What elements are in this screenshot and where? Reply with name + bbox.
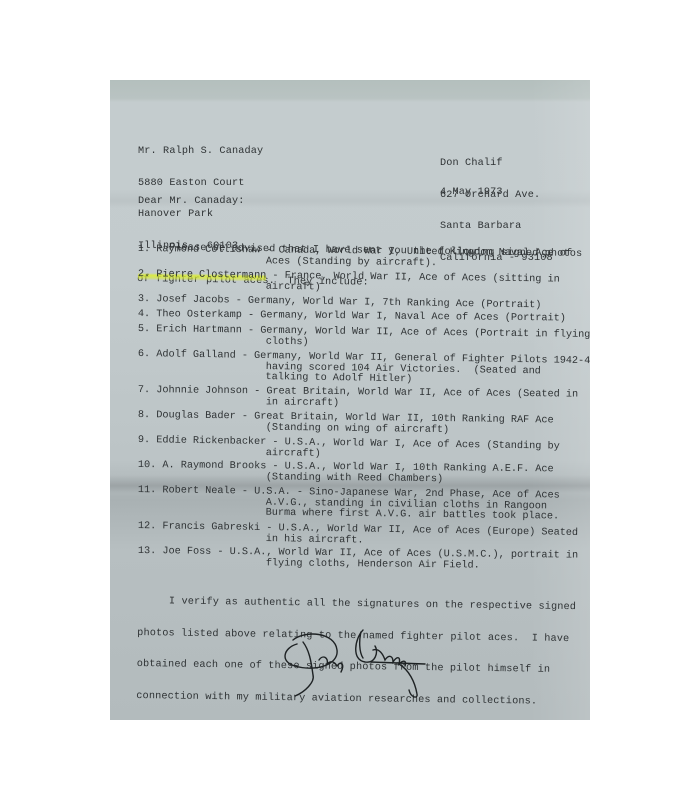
ace-list-item: 5. Erich Hartmann - Germany, World War I… xyxy=(138,325,588,352)
ace-name: 8. Douglas Bader xyxy=(138,410,236,422)
ace-name: 5. Erich Hartmann xyxy=(138,324,242,336)
ace-description: - Germany, World War I, Naval Ace of Ace… xyxy=(242,310,566,324)
ace-name: 11. Robert Neale xyxy=(138,485,236,497)
ace-list-item: 7. Johnnie Johnson - Great Britain, Worl… xyxy=(138,386,588,412)
ace-list-item: 13. Joe Foss - U.S.A., World War II, Ace… xyxy=(138,547,588,573)
closing-line: I verify as authentic all the signatures… xyxy=(138,597,577,614)
ace-list-item: 6. Adolf Galland - Germany, World War II… xyxy=(138,350,588,389)
ace-name: 13. Joe Foss xyxy=(138,546,211,558)
ace-name: 2. Pierre Clostermann xyxy=(138,269,267,282)
ace-list-item: 10. A. Raymond Brooks - U.S.A., World Wa… xyxy=(138,461,588,487)
recipient-name: Mr. Ralph S. Canaday xyxy=(138,147,263,158)
ace-name: 4. Theo Osterkamp xyxy=(138,309,242,321)
salutation: Dear Mr. Canaday: xyxy=(138,197,244,208)
ace-name: 7. Johnnie Johnson xyxy=(138,385,248,397)
ace-name: 12. Francis Gabreski xyxy=(138,521,260,534)
ace-list: 1. Raymond Collishaw - Canada, World War… xyxy=(138,245,588,572)
ace-name: 10. A. Raymond Brooks xyxy=(138,460,266,472)
ace-list-item: 1. Raymond Collishaw - Canada, World War… xyxy=(138,245,588,271)
recipient-street: 5880 Easton Court xyxy=(138,179,263,190)
letter-date: 4 May 1973 xyxy=(440,188,503,199)
ace-list-item: 11. Robert Neale - U.S.A. - Sino-Japanes… xyxy=(138,486,588,523)
ace-description: - Germany, World War I, 7th Ranking Ace … xyxy=(230,296,542,312)
ace-name: 9. Eddie Rickenbacker xyxy=(138,435,267,448)
ace-name: 1. Raymond Collishaw xyxy=(138,244,260,256)
ace-name: 6. Adolf Galland xyxy=(138,349,236,362)
sender-name: Don Chalif xyxy=(440,159,553,170)
ace-list-item: 8. Douglas Bader - Great Britain, World … xyxy=(138,411,588,438)
ace-list-item: 4. Theo Osterkamp - Germany, World War I… xyxy=(138,310,588,325)
recipient-city: Hanover Park xyxy=(138,210,263,221)
ace-list-item: 2. Pierre Clostermann - France, World Wa… xyxy=(138,270,588,297)
letter-photo: Mr. Ralph S. Canaday 5880 Easton Court H… xyxy=(110,80,590,720)
ace-entry-heading: 4. Theo Osterkamp - Germany, World War I… xyxy=(138,309,566,324)
signature xyxy=(275,620,435,700)
ace-name: 3. Josef Jacobs xyxy=(138,294,230,306)
